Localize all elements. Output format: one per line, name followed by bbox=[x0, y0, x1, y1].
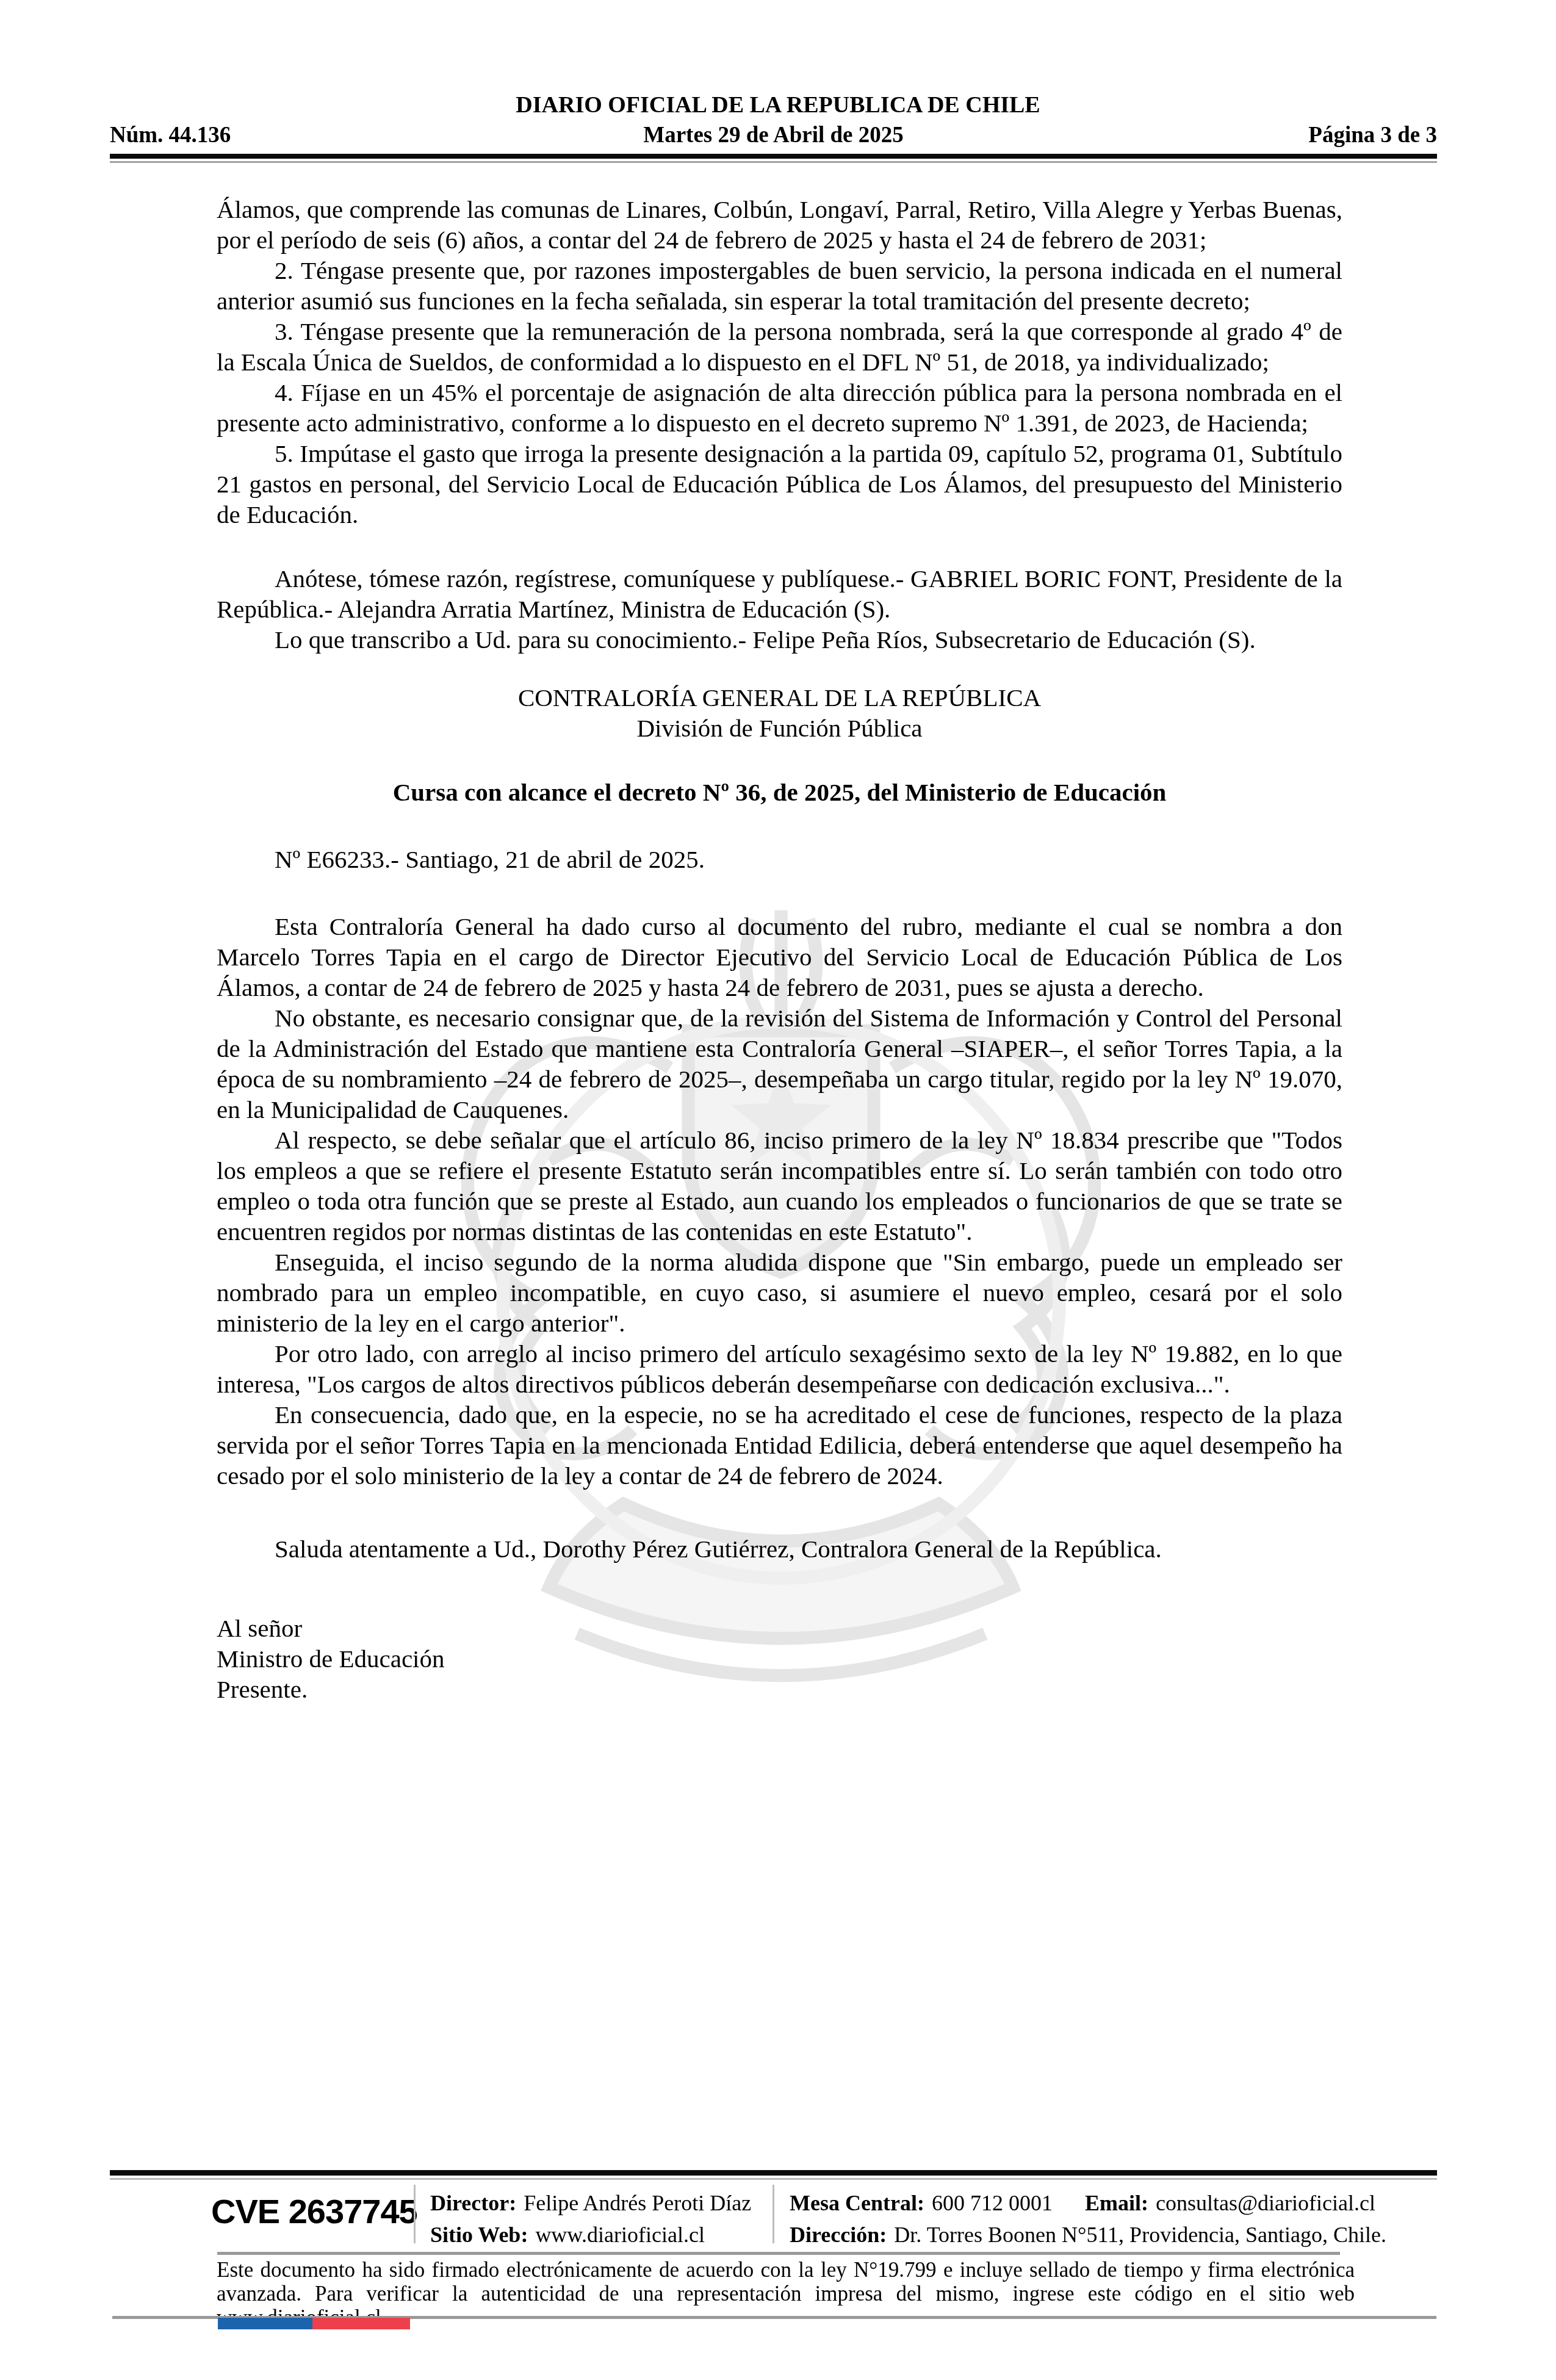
letter-paragraph: Al respecto, se debe señalar que el artí… bbox=[217, 1125, 1342, 1247]
director-label: Director: bbox=[430, 2191, 516, 2215]
director-value: Felipe Andrés Peroti Díaz bbox=[524, 2191, 751, 2215]
footer-separator-rule bbox=[217, 2252, 1340, 2255]
website-line: Sitio Web:www.diarioficial.cl bbox=[430, 2219, 751, 2251]
flag-blue bbox=[218, 2318, 312, 2329]
addressee-line: Ministro de Educación bbox=[217, 1643, 1342, 1674]
issue-number: Núm. 44.136 bbox=[110, 121, 231, 150]
footer-divider bbox=[773, 2185, 774, 2243]
phone-label: Mesa Central: bbox=[790, 2191, 924, 2215]
footer-rule bbox=[110, 2170, 1437, 2176]
website-value: www.diarioficial.cl bbox=[535, 2223, 705, 2247]
footer-contact-block: Mesa Central:600 712 0001 Email:consulta… bbox=[790, 2187, 1386, 2251]
addressee-line: Presente. bbox=[217, 1674, 1342, 1704]
decree-item: 3. Téngase presente que la remuneración … bbox=[217, 316, 1342, 377]
decree-item: 4. Fíjase en un 45% el porcentaje de asi… bbox=[217, 377, 1342, 438]
website-label: Sitio Web: bbox=[430, 2223, 528, 2247]
transcription-note: Lo que transcribo a Ud. para su conocimi… bbox=[217, 624, 1342, 655]
flag-red bbox=[312, 2318, 410, 2329]
address-value: Dr. Torres Boonen N°511, Providencia, Sa… bbox=[894, 2223, 1386, 2247]
email-value: consultas@diarioficial.cl bbox=[1156, 2191, 1375, 2215]
newspaper-title: DIARIO OFICIAL DE LA REPUBLICA DE CHILE bbox=[0, 92, 1556, 118]
letter-paragraph: Esta Contraloría General ha dado curso a… bbox=[217, 911, 1342, 1003]
letter-paragraph: Por otro lado, con arreglo al inciso pri… bbox=[217, 1338, 1342, 1399]
page-indicator: Página 3 de 3 bbox=[1308, 121, 1437, 150]
cve-code: CVE 2637745 bbox=[211, 2193, 417, 2230]
edition-date: Martes 29 de Abril de 2025 bbox=[643, 121, 903, 150]
decree-item: 5. Impútase el gasto que irroga la prese… bbox=[217, 438, 1342, 530]
header-rule bbox=[110, 154, 1437, 159]
footer-divider bbox=[414, 2185, 416, 2243]
address-label: Dirección: bbox=[790, 2223, 887, 2247]
director-line: Director:Felipe Andrés Peroti Díaz bbox=[430, 2187, 751, 2219]
gazette-page: DIARIO OFICIAL DE LA REPUBLICA DE CHILE … bbox=[0, 0, 1556, 2380]
decree-item: 2. Téngase presente que, por razones imp… bbox=[217, 255, 1342, 316]
header-rule-shadow bbox=[110, 161, 1437, 163]
reference-line: Nº E66233.- Santiago, 21 de abril de 202… bbox=[217, 844, 1342, 874]
email-label: Email: bbox=[1085, 2191, 1148, 2215]
paragraph-continuation: Álamos, que comprende las comunas de Lin… bbox=[217, 194, 1342, 255]
letter-paragraph: No obstante, es necesario consignar que,… bbox=[217, 1003, 1342, 1125]
letter-paragraph: En consecuencia, dado que, en la especie… bbox=[217, 1399, 1342, 1491]
subject-heading: Cursa con alcance el decreto Nº 36, de 2… bbox=[217, 777, 1342, 807]
phone-value: 600 712 0001 bbox=[932, 2191, 1053, 2215]
phone-email-line: Mesa Central:600 712 0001 Email:consulta… bbox=[790, 2187, 1386, 2219]
header-meta-row: Núm. 44.136 Martes 29 de Abril de 2025 P… bbox=[110, 121, 1437, 150]
addressee-line: Al señor bbox=[217, 1613, 1342, 1643]
institution-heading: CONTRALORÍA GENERAL DE LA REPÚBLICA bbox=[217, 682, 1342, 713]
footer-rule-shadow bbox=[110, 2178, 1437, 2180]
decree-closing: Anótese, tómese razón, regístrese, comun… bbox=[217, 563, 1342, 624]
document-body: Álamos, que comprende las comunas de Lin… bbox=[217, 194, 1342, 1704]
division-subheading: División de Función Pública bbox=[217, 713, 1342, 743]
letter-paragraph: Enseguida, el inciso segundo de la norma… bbox=[217, 1247, 1342, 1338]
chile-flag-icon bbox=[218, 2318, 410, 2329]
address-line: Dirección:Dr. Torres Boonen N°511, Provi… bbox=[790, 2219, 1386, 2251]
salutation-line: Saluda atentamente a Ud., Dorothy Pérez … bbox=[217, 1534, 1342, 1564]
footer-director-block: Director:Felipe Andrés Peroti Díaz Sitio… bbox=[430, 2187, 751, 2251]
